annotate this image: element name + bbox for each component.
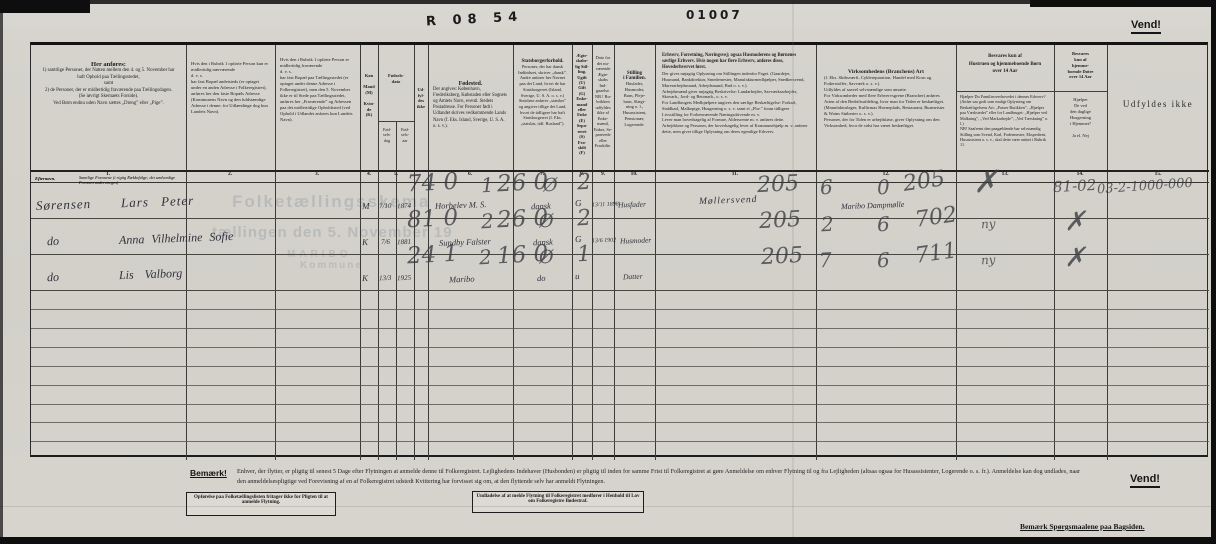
row-line [31,254,1209,255]
industry-code-a: 2 [820,212,834,237]
column-divider [275,45,276,460]
scan-artifact-left-edge [0,0,3,544]
birth-year-entry: 1925 [397,274,411,282]
column-divider [655,45,656,460]
scan-artifact-right-edge [1211,0,1216,544]
col15-header: Udfyldes ikke [1107,45,1209,170]
census-table: Her anføres: 1) samtlige Personer, der N… [30,42,1208,457]
pencil-code: 2 [576,206,591,232]
industry-code: 711 [913,238,958,269]
col5-header-title: Fødsels- dato [378,45,414,85]
industry-code-b: 0 [876,175,890,200]
surname-label: Efternavn. [35,176,55,181]
row-line [31,422,1209,423]
col12-header-body: (f. Eks. Skibsværft, Cyklereparation, Ha… [824,75,948,129]
column-number-2: 2. [215,171,245,177]
col1-header-title: Her anføres: [38,61,179,68]
col5-subcol-day: Fød- sels- dag [378,127,396,143]
colx-header-body: Ud- fyl- des ikke [415,87,427,110]
industry-note: ny [981,253,996,268]
col8-header: Ægte- skabe- lig Stil- ling. Ugift (U) G… [572,45,592,170]
citizenship-entry: do [537,273,546,283]
given-names-entry: Lars Peter [121,193,195,212]
occupation-entry: Møllersvend [699,195,758,207]
family-position-entry: Husfader [618,200,646,210]
col13-header: Besvares kun af Hustruen og hjemmeboende… [956,45,1054,170]
col9-header-body: Dato for det nu- værende Ægte- skabs Ind… [593,55,613,149]
col15-code: 03-2-1000-000 [1097,176,1194,198]
notice-box-penalty: Undladelse af at melde Flytning til Folk… [472,491,644,513]
industry-code-a: 7 [818,248,832,273]
col15-not-filled-label: Udfyldes ikke [1107,45,1209,109]
col13-header-body: Hjælper Du Familieoverhovedet i dennes E… [960,94,1050,148]
marriage-date-entry: 13/6 1902 [592,238,616,245]
industry-note: ny [981,217,996,232]
surname-entry: do [47,234,60,249]
column-number-3: 3. [302,171,332,177]
occupation-code: 205 [760,243,803,270]
industry-code: 702 [913,202,958,233]
pencil-code: 2 [576,170,591,196]
firm-name-entry: Maribo Dampmølle [841,200,905,211]
birth-day-entry: 7/6 [381,238,390,246]
row-line [31,441,1209,442]
industry-code: 205 [901,166,946,197]
column-divider [816,45,817,460]
column-number-4: 4. [354,171,384,177]
column-divider [572,45,573,460]
registration-code-stamp: R 08 54 [426,9,524,29]
pencil-code: 81 0 [406,205,459,234]
scanned-census-form: Folketællingsskema tællingen den 5. Nove… [0,0,1216,544]
pencil-code: Ø [538,211,554,233]
remark-text: Enhver, der flytter, er pligtig til sene… [237,467,1080,487]
check-mark: ✗ [1063,242,1086,273]
col1-header-body: 1) samtlige Personer, der Natten mellem … [38,68,179,108]
column-divider [592,45,593,460]
row-line [31,309,1209,310]
given-names-entry: Lis Valborg [119,266,183,283]
col6-header: Fødested. Der angives: København, Freder… [428,45,513,170]
given-names-label: Samtlige Fornavne (i rigtig Rækkefølge; … [79,175,183,186]
col10-header-body: Husfader, Husmoder, Barn, Pleje- barn, S… [616,81,653,128]
col4-header: Køn Mand (M) Kvin- de (K) [360,45,378,170]
marriage-date-entry: 13/11 1898 [592,202,619,209]
col14-header-body: Hjælper De ved den daglige Husgerning i … [1056,97,1105,139]
col13-header-title: Besvares kun af Hustruen og hjemmeboende… [956,45,1054,76]
fold-crease-vertical [792,0,794,544]
pencil-code: Ø [538,247,554,269]
row-line [31,347,1209,348]
marital-entry: u [575,271,580,281]
number-row-line [31,182,1209,183]
column-number-10: 10. [619,171,649,177]
col14-header: Besvares kun af hjemme- boende Døtre ove… [1054,45,1107,170]
col14-header-title: Besvares kun af hjemme- boende Døtre ove… [1054,45,1107,80]
column-divider [378,45,379,460]
row-line [31,404,1209,405]
family-position-entry: Husmoder [620,235,652,245]
sex-entry: M [362,201,370,211]
scan-artifact-top-left [0,0,90,13]
pencil-code: 26 0 [496,169,549,198]
column-divider [614,45,615,460]
occupation-code: 205 [758,207,801,234]
see-back-note: Bemærk Spørgsmaalene paa Bagsiden. [1020,522,1145,531]
industry-code-b: 6 [876,248,890,273]
scan-artifact-bottom-edge [0,537,1216,544]
pencil-code: Ø [542,175,558,197]
serial-number-stamp: 01007 [686,8,743,22]
remark-label: Bemærk! [190,468,227,478]
col11-header-intro: Erhverv, Forretning, Næringsvej; ogsaa H… [662,53,809,71]
check-mark: ✗ [1063,206,1086,237]
pencil-code: 2 [478,245,492,270]
surname-entry: do [47,270,60,285]
col2-header: Hvis den i Rubrik 1 opførte Person kun e… [186,45,275,170]
col7-header-body: Personer, der har dansk Indfødsret, skri… [517,64,568,127]
row-line [31,218,1209,219]
col11-header-body: Der gives nøjagtig Oplysning om Stilling… [662,71,809,134]
column-divider [186,45,187,460]
header-divider [378,121,414,122]
turn-over-note-bottom: Vend! [1130,473,1160,488]
birth-day-entry: 13/3 [379,274,392,282]
col10-header-title: Stilling i Familien. [616,71,653,81]
fold-crease-horizontal [0,506,1216,507]
pencil-code: 24 1 [406,241,459,270]
col3-header-body: Hvis den i Rubrik 1 opførte Person er mi… [280,57,355,123]
birth-day-entry: 7/10 [379,202,392,210]
col1-header: Her anføres: 1) samtlige Personer, der N… [31,45,186,170]
column-divider [1107,45,1108,460]
column-number-9: 9. [588,171,618,177]
scan-artifact-top-right [1030,0,1216,7]
sex-entry: K [362,237,368,247]
col6-header-body: Der angives: København, Frederiksberg, K… [433,87,508,130]
pencil-code: 2 [480,209,494,234]
column-number-11: 11. [720,171,750,177]
col14-code: 81-02 [1053,176,1097,196]
turn-over-note-top: Vend! [1131,19,1161,34]
row-line [31,328,1209,329]
header-divider [1054,91,1107,92]
column-divider [360,45,361,460]
col9-header: Dato for det nu- værende Ægte- skabs Ind… [592,45,614,170]
column-divider [1054,45,1055,460]
birthplace-entry: Maribo [449,274,475,285]
header-divider [956,91,1054,92]
row-line [31,385,1209,386]
family-position-entry: Datter [623,272,643,282]
col8-header-body: Ægte- skabe- lig Stil- ling. Ugift (U) G… [573,53,591,156]
sex-entry: K [362,273,368,283]
column-number-15: 15. [1143,171,1173,177]
industry-code-b: 6 [876,212,890,237]
col12-header: Virksomhedens (Branchens) Art (f. Eks. S… [816,45,956,170]
notice-box-census-list: Opførelse paa Folketællingslisten fritag… [186,492,336,516]
row-line [31,366,1209,367]
col7-header: Statsborgerforhold. Personer, der har da… [513,45,572,170]
pencil-code: 1 [480,173,494,198]
colx-header: Ud- fyl- des ikke [414,45,428,170]
surname-entry: Sørensen [36,196,92,214]
row-line [31,290,1209,291]
col2-header-body: Hvis den i Rubrik 1 opførte Person kun e… [191,61,270,115]
industry-code-a: 6 [819,175,833,200]
pencil-code: 1 [576,242,591,268]
given-names-entry: Anna Vilhelmine Sofie [119,229,234,248]
col10-header: Stilling i Familien. Husfader, Husmoder,… [614,45,655,170]
col4-header-body: Køn Mand (M) Kvin- de (K) [361,73,377,118]
paper-sheet: Folketællingsskema tællingen den 5. Nove… [0,0,1216,538]
col3-header: Hvis den i Rubrik 1 opførte Person er mi… [275,45,360,170]
check-mark: ✗ [972,164,999,200]
pencil-code: 74 0 [406,169,459,198]
col5-subcol-year: Fød- sels- aar [396,127,414,143]
